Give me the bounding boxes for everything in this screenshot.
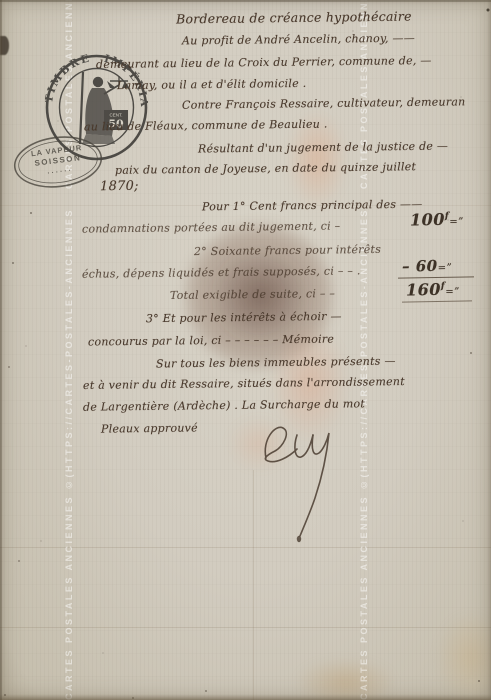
amount-value: 100 — [410, 210, 445, 230]
manuscript-line: Lamay, ou il a et d'élit domicile . — [117, 77, 307, 92]
manuscript-line: concourus par la loi, ci – – – – – – Mém… — [88, 332, 334, 348]
sum-rule-below-total — [402, 300, 472, 302]
manuscript-line: demeurant au lieu de la Croix du Perrier… — [96, 54, 432, 71]
manuscript-line: 3° Et pour les intérêts à échoir — — [146, 310, 342, 325]
fold-line-horizontal-3 — [0, 627, 491, 628]
manuscript-line: Total exigible de suite, ci – – — [170, 287, 335, 302]
scanned-document-page: CARTES POSTALES ANCIENNES ©(HTTPS://CART… — [0, 0, 491, 700]
bottom-edge-shadow — [0, 694, 491, 700]
amount-principal: 100f=” — [410, 210, 464, 230]
amount-tail: =” — [438, 263, 453, 274]
manuscript-line: condamnations portées au dit jugement, c… — [82, 219, 340, 235]
amount-tail: =” — [449, 217, 464, 228]
top-edge-shadow — [0, 0, 491, 2]
manuscript-line: et à venir du dit Ressaire, situés dans … — [83, 375, 405, 392]
amount-interest: – 60=” — [402, 257, 452, 276]
stain-corner-tan — [438, 615, 491, 700]
amount-value: 60 — [416, 257, 438, 275]
manuscript-line: paix du canton de Joyeuse, en date du qu… — [115, 160, 416, 177]
stamp-arc-left-label: TIMBRE — [45, 54, 92, 104]
manuscript-date-line: 1870; — [100, 179, 139, 194]
sum-rule-above-total — [398, 276, 474, 278]
fold-line-horizontal-2 — [0, 547, 491, 548]
manuscript-line: Résultant d'un jugement de la justice de… — [198, 139, 448, 155]
amount-tail: =” — [445, 287, 460, 298]
manuscript-line: 2° Soixante francs pour intérêts — [194, 243, 381, 258]
manuscript-line: Pour 1° Cent francs principal des —— — [202, 198, 423, 214]
watermark-text: CARTES POSTALES ANCIENNES ©(HTTPS://CART… — [359, 208, 369, 700]
left-edge-shadow — [0, 0, 2, 700]
signature-flourish — [252, 412, 347, 552]
oval-stamp-line3: · · · · · · — [47, 168, 71, 178]
svg-text:TIMBRE: TIMBRE — [45, 54, 92, 104]
manuscript-line: Sur tous les biens immeubles présents — — [156, 355, 396, 371]
manuscript-line: Pleaux approuvé — [101, 421, 198, 435]
ink-drip-blob — [297, 536, 301, 542]
manuscript-line: Contre François Ressaire, cultivateur, d… — [182, 95, 466, 111]
amount-total: 160f=” — [406, 280, 460, 300]
manuscript-line: au lieu de Fléaux, commune de Beaulieu . — [84, 118, 328, 134]
oval-merchant-stamp: LA VAPEUR SOISSON · · · · · · — [10, 131, 106, 194]
doc-title-line: Bordereau de créance hypothécaire — [176, 9, 412, 27]
watermark-text: CARTES POSTALES ANCIENNES ©(HTTPS://CART… — [64, 208, 74, 700]
manuscript-line: échus, dépens liquidés et frais supposés… — [82, 264, 361, 280]
manuscript-line: Au profit de André Ancelin, chanoy, —— — [182, 32, 415, 48]
amount-prefix: – — [402, 257, 416, 275]
amount-value: 160 — [406, 280, 441, 300]
